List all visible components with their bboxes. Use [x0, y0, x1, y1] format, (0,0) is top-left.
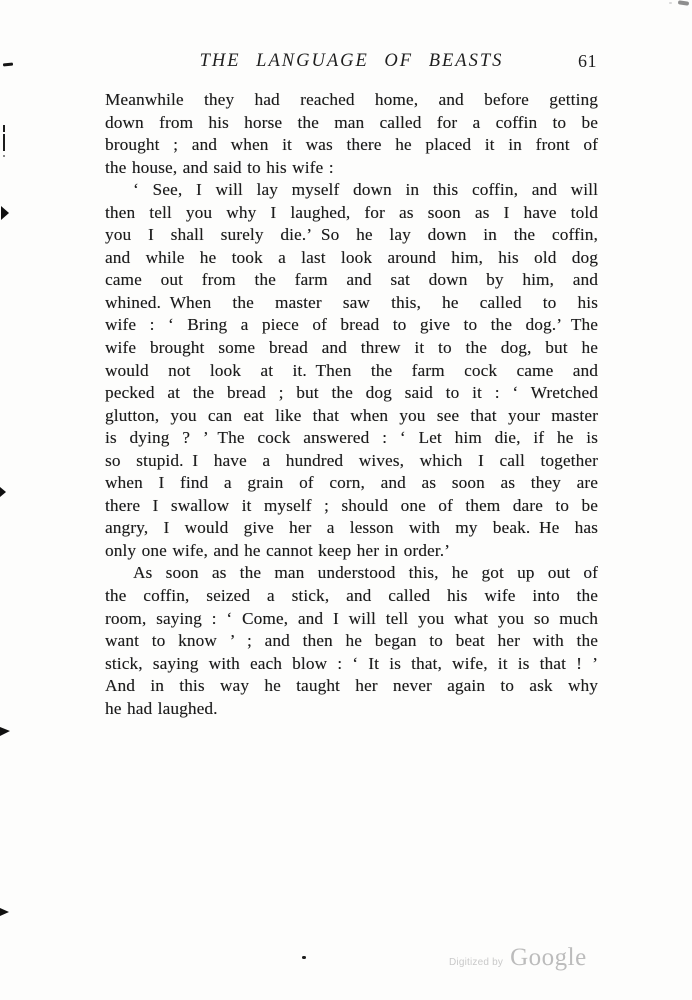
- margin-broken-line-mark: [3, 155, 5, 157]
- text-line: down from his horse the man called for a…: [105, 112, 598, 135]
- page-number: 61: [578, 51, 597, 72]
- margin-broken-line-mark: [3, 125, 5, 132]
- text-line: brought ; and when it was there he place…: [105, 134, 598, 157]
- margin-broken-line-mark: [3, 134, 5, 151]
- text-line: want to know ’ ; and then he began to be…: [105, 630, 598, 653]
- text-line: the house, and said to his wife :: [105, 157, 598, 180]
- text-line: whined. When the master saw this, he cal…: [105, 292, 598, 315]
- text-line: and while he took a last look around him…: [105, 247, 598, 270]
- margin-dash-mark: [3, 63, 13, 67]
- text-line: is dying ? ’ The cock answered : ‘ Let h…: [105, 427, 598, 450]
- paragraph: As soon as the man understood this, he g…: [105, 562, 598, 720]
- text-line: when I find a grain of corn, and as soon…: [105, 472, 598, 495]
- corner-speck: [669, 2, 672, 4]
- paragraph: Meanwhile they had reached home, and bef…: [105, 89, 598, 179]
- text-line: he had laughed.: [105, 698, 598, 721]
- margin-triangle-mark: [0, 487, 6, 497]
- paragraph: ‘ See, I will lay myself down in this co…: [105, 179, 598, 562]
- text-line: glutton, you can eat like that when you …: [105, 405, 598, 428]
- google-logo: Google: [510, 944, 587, 972]
- text-line: then tell you why I laughed, for as soon…: [105, 202, 598, 225]
- digitization-watermark: Digitized by Google: [449, 944, 587, 972]
- ink-spot: [302, 956, 306, 959]
- text-line: so stupid. I have a hundred wives, which…: [105, 450, 598, 473]
- text-line: pecked at the bread ; but the dog said t…: [105, 382, 598, 405]
- page-text: Meanwhile they had reached home, and bef…: [105, 89, 598, 720]
- text-line: stick, saying with each blow : ‘ It is t…: [105, 653, 598, 676]
- text-line: As soon as the man understood this, he g…: [105, 562, 598, 585]
- running-head-title: THE LANGUAGE OF BEASTS: [105, 51, 598, 72]
- text-line: room, saying : ‘ Come, and I will tell y…: [105, 608, 598, 631]
- margin-arrow-mark: [0, 908, 9, 916]
- text-line: ‘ See, I will lay myself down in this co…: [105, 179, 598, 202]
- page-header: THE LANGUAGE OF BEASTS 61: [105, 51, 598, 77]
- margin-arrow-mark: [0, 727, 10, 736]
- text-line: there I swallow it myself ; should one o…: [105, 495, 598, 518]
- text-line: the coffin, seized a stick, and called h…: [105, 585, 598, 608]
- corner-smudge: [678, 0, 689, 5]
- book-page: THE LANGUAGE OF BEASTS 61 Meanwhile they…: [0, 0, 692, 1000]
- text-line: wife : ‘ Bring a piece of bread to give …: [105, 314, 598, 337]
- watermark-prefix: Digitized by: [449, 957, 503, 968]
- margin-triangle-mark: [1, 206, 9, 220]
- text-line: came out from the farm and sat down by h…: [105, 269, 598, 292]
- text-line: angry, I would give her a lesson with my…: [105, 517, 598, 540]
- text-line: you I shall surely die.’ So he lay down …: [105, 224, 598, 247]
- text-line: Meanwhile they had reached home, and bef…: [105, 89, 598, 112]
- text-line: And in this way he taught her never agai…: [105, 675, 598, 698]
- text-line: would not look at it. Then the farm cock…: [105, 360, 598, 383]
- text-line: only one wife, and he cannot keep her in…: [105, 540, 598, 563]
- text-line: wife brought some bread and threw it to …: [105, 337, 598, 360]
